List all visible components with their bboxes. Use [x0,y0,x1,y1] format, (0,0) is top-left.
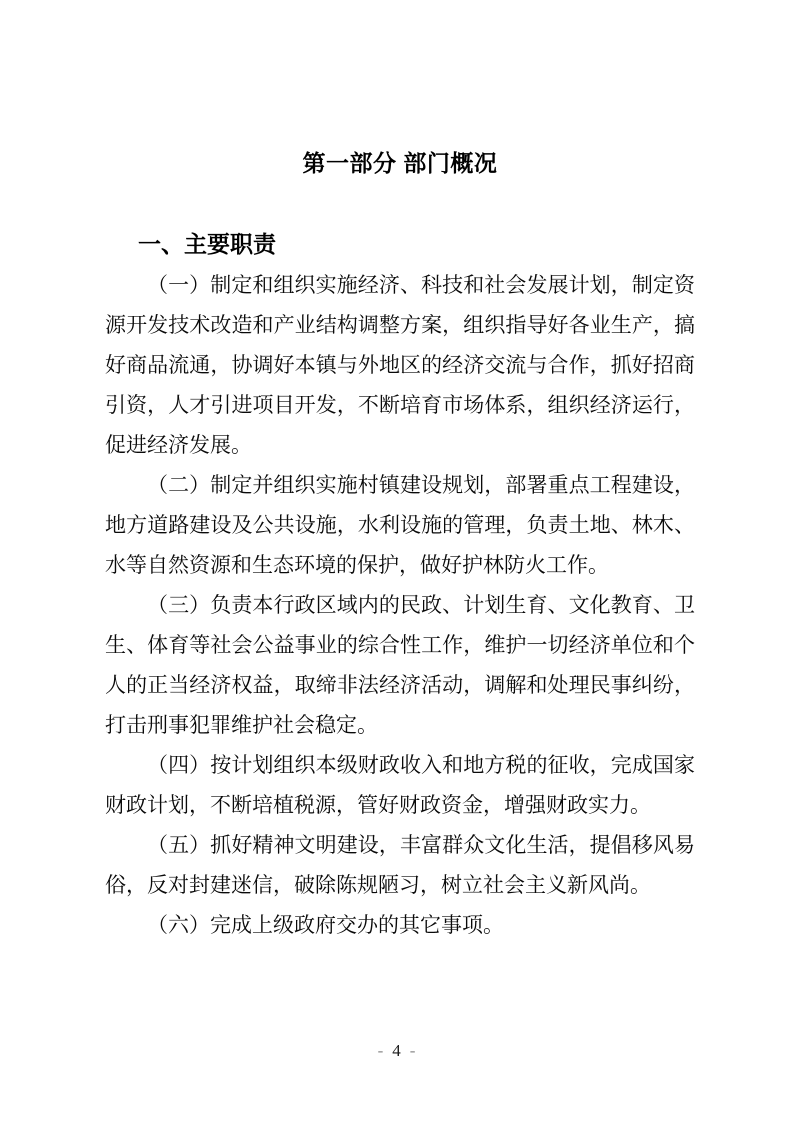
footer-dash-left: - [378,1041,384,1060]
page-number: 4 [392,1041,401,1060]
paragraph-duty-1: （一）制定和组织实施经济、科技和社会发展计划，制定资源开发技术改造和产业结构调整… [105,265,695,465]
paragraph-duty-4: （四）按计划组织本级财政收入和地方税的征收，完成国家财政计划，不断培植税源，管好… [105,745,695,825]
footer-dash-right: - [410,1041,416,1060]
paragraph-duty-3: （三）负责本行政区域内的民政、计划生育、文化教育、卫生、体育等社会公益事业的综合… [105,585,695,745]
page-footer: -4- [0,1040,793,1062]
page-title: 第一部分 部门概况 [105,149,695,177]
document-page: 第一部分 部门概况 一、主要职责 （一）制定和组织实施经济、科技和社会发展计划，… [0,0,793,1122]
paragraph-duty-6: （六）完成上级政府交办的其它事项。 [105,905,695,945]
paragraph-duty-2: （二）制定并组织实施村镇建设规划，部署重点工程建设，地方道路建设及公共设施，水利… [105,465,695,585]
section-heading: 一、主要职责 [105,229,695,259]
paragraph-duty-5: （五）抓好精神文明建设，丰富群众文化生活，提倡移风易俗，反对封建迷信，破除陈规陋… [105,825,695,905]
